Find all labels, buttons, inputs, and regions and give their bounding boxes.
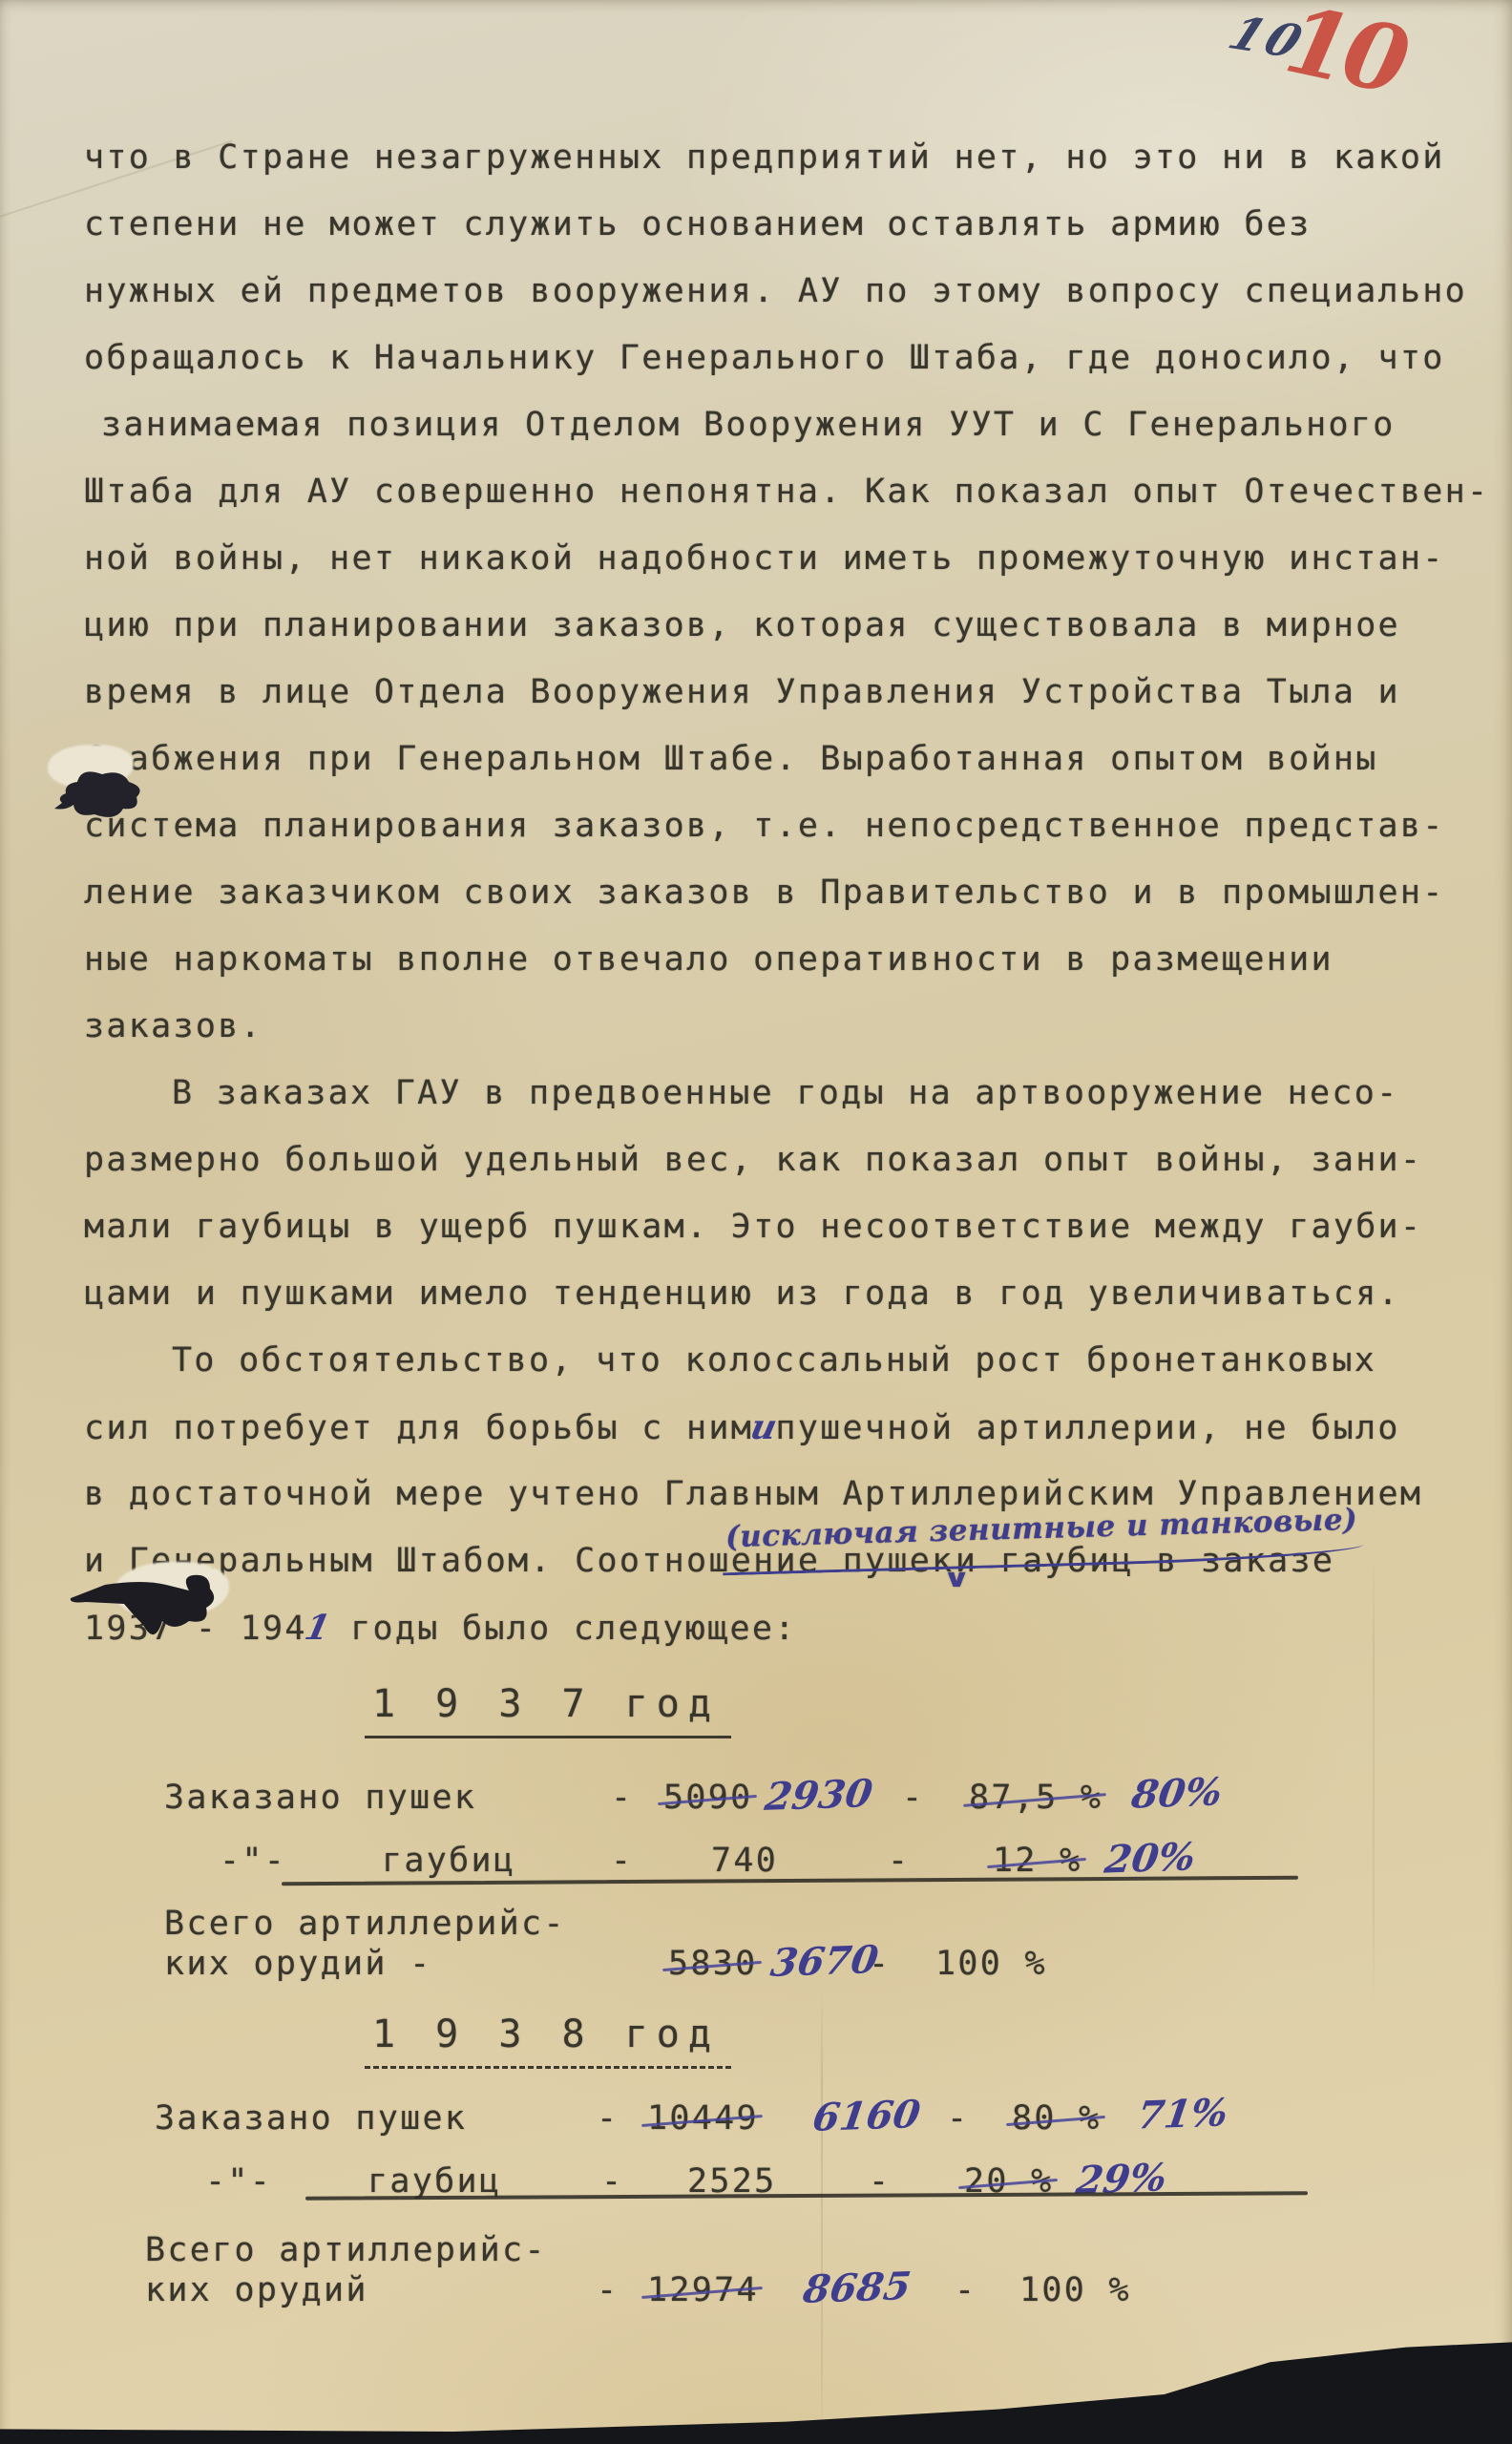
typed-line: заказов. xyxy=(84,993,1497,1060)
struck-value: 10449 xyxy=(647,2096,759,2140)
typed-line: система планирования заказов, т.е. непос… xyxy=(84,792,1497,859)
dash: - xyxy=(597,2096,619,2140)
year-heading-1938: 1 9 3 8 год xyxy=(365,2012,731,2069)
handwritten-correction: 80% xyxy=(1128,1770,1225,1817)
typed-line: время в лице Отдела Вооружения Управлени… xyxy=(84,659,1497,726)
handwritten-correction: 6160 xyxy=(809,2093,922,2140)
row-label: гаубиц xyxy=(382,1839,515,1883)
typed-line: мали гаубицы в ущерб пушкам. Это несоотв… xyxy=(84,1193,1497,1260)
insertion-caret-mark: ∨ xyxy=(942,1546,974,1612)
ditto-mark: -"- xyxy=(220,1839,286,1883)
year-heading-1937: 1 9 3 7 год xyxy=(365,1682,731,1738)
dash: - xyxy=(947,2096,969,2140)
typed-line: нужных ей предметов вооружения. АУ по эт… xyxy=(84,258,1497,325)
typed-line: цами и пушками имело тенденцию из года в… xyxy=(84,1260,1497,1327)
row-label: Всего артиллерийс- xyxy=(145,2228,547,2272)
row-label: ких орудий - xyxy=(164,1942,431,1986)
table-row-total-1937: ких орудий - 5830 3670 - 100 % xyxy=(0,1942,1512,1986)
struck-value: 80 % xyxy=(1012,2096,1102,2140)
table-row-total-1938: ких орудий - 12974 8685 - 100 % xyxy=(0,2268,1512,2312)
table-row-total-1938: Всего артиллерийс- xyxy=(0,2228,1512,2272)
typed-line: ные наркоматы вполне отвечало оперативно… xyxy=(84,926,1497,993)
document-body-text: что в Стране незагруженных предприятий н… xyxy=(84,124,1497,1661)
typed-line: ной войны, нет никакой надобности иметь … xyxy=(84,525,1497,592)
dash: - xyxy=(955,2268,976,2312)
handwritten-correction: 29% xyxy=(1073,2156,1169,2202)
row-label: Заказано пушек xyxy=(155,2096,467,2140)
typed-line: цию при планировании заказов, которая су… xyxy=(84,592,1497,659)
typed-line: ление заказчиком своих заказов в Правите… xyxy=(84,859,1497,926)
typed-line: степени не может служить основанием оста… xyxy=(84,191,1497,258)
ink-blot xyxy=(67,1566,239,1652)
value: 740 xyxy=(711,1839,778,1883)
dash: - xyxy=(902,1776,924,1820)
dash: - xyxy=(611,1776,633,1820)
struck-value: 12 % xyxy=(993,1839,1082,1883)
typed-line: Штаба для АУ совершенно непонятна. Как п… xyxy=(84,458,1497,525)
struck-value: 5830 xyxy=(668,1942,758,1986)
value: 100 % xyxy=(935,1942,1047,1986)
struck-value: 87,5 % xyxy=(969,1776,1102,1820)
paper-crease xyxy=(821,1986,823,2444)
dash: - xyxy=(611,1839,633,1883)
dash: - xyxy=(869,1942,891,1986)
row-label: Всего артиллерийс- xyxy=(164,1902,566,1946)
torn-page-edge xyxy=(0,2320,1512,2444)
typed-line: обращалось к Начальнику Генерального Шта… xyxy=(84,325,1497,391)
table-row-total-1937: Всего артиллерийс- xyxy=(0,1902,1512,1946)
ink-blot xyxy=(52,759,157,826)
row-label: Заказано пушек xyxy=(164,1776,476,1820)
typed-line: размерно большой удельный вес, как показ… xyxy=(84,1127,1497,1193)
page-number-red: 10 xyxy=(1277,0,1413,115)
typed-line: сил потребует для борьбы с нимипушечной … xyxy=(84,1394,1497,1461)
value: 100 % xyxy=(1019,2268,1131,2312)
struck-value: 5090 xyxy=(663,1776,753,1820)
handwritten-correction: 71% xyxy=(1134,2091,1230,2138)
typed-text: сил потребует для борьбы с ним xyxy=(84,1409,753,1447)
row-label: ких орудий xyxy=(145,2268,368,2312)
typed-line: занимаемая позиция Отделом Вооружения УУ… xyxy=(84,391,1497,458)
handwritten-correction: 3670 xyxy=(767,1938,880,1986)
table-row-pushki-1937: Заказано пушек - 5090 2930 - 87,5 % 80% xyxy=(0,1776,1512,1820)
typed-line: То обстоятельство, что колоссальный рост… xyxy=(84,1327,1497,1394)
typed-line: (исключая зенитные и танковые) и Генерал… xyxy=(84,1527,1497,1594)
typed-line: В заказах ГАУ в предвоенные годы на артв… xyxy=(84,1060,1497,1127)
typed-text: годы было следующее: xyxy=(328,1610,797,1648)
table-row-pushki-1938: Заказано пушек - 10449 6160 - 80 % 71% xyxy=(0,2096,1512,2140)
handwritten-correction: 20% xyxy=(1102,1835,1198,1882)
typed-text: пушечной артиллерии, не было xyxy=(775,1409,1399,1447)
struck-value: 12974 xyxy=(647,2268,759,2312)
handwritten-correction: 8685 xyxy=(800,2265,913,2312)
scanned-document-page: 10 10 что в Стране незагруженных предпри… xyxy=(0,0,1512,2444)
dash: - xyxy=(597,2268,619,2312)
typed-line: Снабжения при Генеральном Штабе. Выработ… xyxy=(84,726,1497,792)
dash: - xyxy=(888,1839,910,1883)
ditto-mark: -"- xyxy=(205,2160,272,2203)
struck-value: 20 % xyxy=(964,2160,1054,2203)
typed-line: что в Стране незагруженных предприятий н… xyxy=(84,124,1497,191)
handwritten-correction: 2930 xyxy=(762,1772,874,1820)
typed-line: 1937 - 1941 годы было следующее: xyxy=(84,1594,1497,1661)
